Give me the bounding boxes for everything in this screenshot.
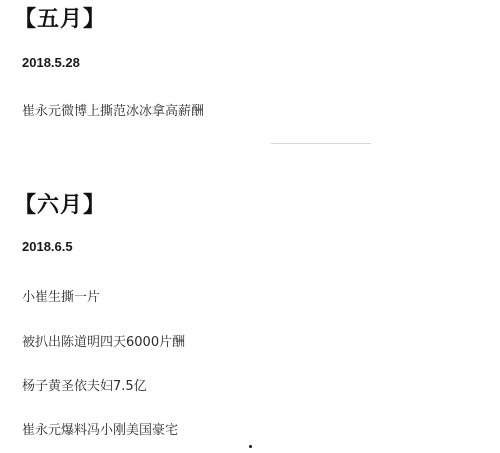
- bullet-dot-icon: [249, 445, 252, 448]
- month-heading-may: 【五月】: [14, 2, 106, 33]
- news-entry: 杨子黄圣依夫妇7.5亿: [22, 375, 147, 394]
- date-label: 2018.6.5: [22, 239, 73, 254]
- month-heading-june: 【六月】: [14, 188, 106, 219]
- news-entry: 崔永元微博上撕范冰冰拿高薪酬: [22, 100, 204, 119]
- section-divider: [271, 143, 371, 144]
- news-entry: 被扒出陈道明四天6000片酬: [22, 331, 185, 350]
- news-entry: 崔永元爆料冯小刚美国豪宅: [22, 419, 178, 438]
- news-entry: 小崔生撕一片: [22, 286, 100, 305]
- date-label: 2018.5.28: [22, 55, 80, 70]
